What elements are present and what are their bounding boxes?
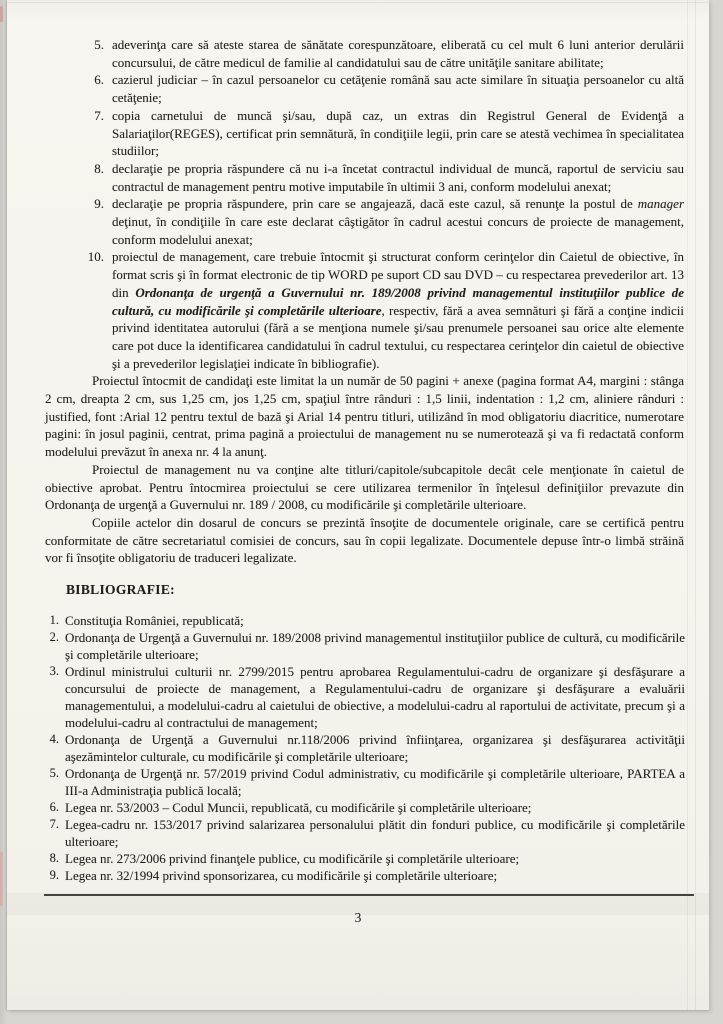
list-item-number: 10.	[78, 248, 104, 266]
bibliography-item-text: Ordonanţa de Urgenţă a Guvernului nr.118…	[65, 732, 685, 764]
footer-divider	[44, 894, 694, 896]
paragraph: Copiile actelor din dosarul de concurs s…	[45, 514, 684, 567]
text-segment: deţinut, în condiţiile în care este decl…	[112, 214, 684, 247]
list-item: 9. declaraţie pe propria răspundere, pri…	[112, 195, 684, 248]
text-segment: declaraţie pe propria răspundere, prin c…	[112, 196, 638, 211]
list-item-text: declaraţie pe propria răspundere că nu i…	[112, 161, 684, 194]
bibliography-item-number: 5.	[45, 765, 59, 782]
bibliography-item-text: Legea nr. 273/2006 privind finanţele pub…	[65, 851, 519, 866]
bibliography-item-text: Ordinul ministrului culturii nr. 2799/20…	[65, 664, 685, 730]
list-item-text: adeverinţa care să ateste starea de sănă…	[112, 37, 684, 70]
list-item: 5. adeverinţa care să ateste starea de s…	[112, 36, 684, 71]
list-item-number: 9.	[78, 195, 104, 213]
bibliography-item-number: 7.	[45, 816, 59, 833]
body-paragraphs: Proiectul întocmit de candidaţi este lim…	[45, 372, 684, 567]
bibliography-item-number: 2.	[45, 629, 59, 646]
italic-text-segment: manager	[638, 196, 684, 211]
bibliography-item-number: 4.	[45, 731, 59, 748]
bibliography-item-text: Ordonanţa de Urgenţă a Guvernului nr. 18…	[65, 630, 685, 662]
list-item-number: 7.	[78, 107, 104, 125]
bibliography-item-number: 3.	[45, 663, 59, 680]
bibliography-item: 4. Ordonanţa de Urgenţă a Guvernului nr.…	[65, 731, 685, 765]
requirements-list: 5. adeverinţa care să ateste starea de s…	[112, 36, 684, 372]
bibliography-item: 5. Ordonanţa de Urgenţă nr. 57/2019 priv…	[65, 765, 685, 799]
list-item-text: copia carnetului de muncă şi/sau, după c…	[112, 108, 684, 158]
bibliography-item-number: 1.	[45, 612, 59, 629]
list-item: 6. cazierul judiciar – în cazul persoane…	[112, 71, 684, 106]
bibliography-item: 3. Ordinul ministrului culturii nr. 2799…	[65, 663, 685, 731]
bibliography-item-text: Legea nr. 53/2003 – Codul Muncii, republ…	[65, 800, 531, 815]
list-item: 10. proiectul de management, care trebui…	[112, 248, 684, 372]
page-content: 5. adeverinţa care să ateste starea de s…	[7, 0, 709, 927]
bibliography-item: 9. Legea nr. 32/1994 privind sponsorizar…	[65, 867, 685, 884]
scanned-document: { "document": { "requirements_list": { "…	[0, 0, 723, 1024]
scan-red-edge-mark	[0, 6, 3, 22]
bibliography-item-text: Legea nr. 32/1994 privind sponsorizarea,…	[65, 868, 497, 883]
page-number: 3	[7, 909, 709, 927]
list-item-text: cazierul judiciar – în cazul persoanelor…	[112, 72, 684, 105]
bibliography-item: 7. Legea-cadru nr. 153/2017 privind sala…	[65, 816, 685, 850]
bibliography-item-number: 9.	[45, 867, 59, 884]
scan-red-edge-mark	[0, 852, 3, 906]
bibliography-item-text: Legea-cadru nr. 153/2017 privind salariz…	[65, 817, 685, 849]
list-item-number: 8.	[78, 160, 104, 178]
bibliography-item-text: Ordonanţa de Urgenţă nr. 57/2019 privind…	[65, 766, 685, 798]
bibliography-item: 2. Ordonanţa de Urgenţă a Guvernului nr.…	[65, 629, 685, 663]
bibliography-item-text: Constituţia României, republicată;	[65, 613, 244, 628]
list-item-text: declaraţie pe propria răspundere, prin c…	[112, 196, 684, 246]
paragraph: Proiectul de management nu va conţine al…	[45, 461, 684, 514]
list-item: 8. declaraţie pe propria răspundere că n…	[112, 160, 684, 195]
list-item-number: 6.	[78, 71, 104, 89]
bibliography-heading: BIBLIOGRAFIE:	[66, 581, 709, 599]
paragraph: Proiectul întocmit de candidaţi este lim…	[45, 372, 684, 461]
bibliography-item: 1. Constituţia României, republicată;	[65, 612, 685, 629]
list-item-text: proiectul de management, care trebuie în…	[112, 249, 684, 370]
bibliography-list: 1. Constituţia României, republicată; 2.…	[65, 612, 685, 884]
bibliography-item-number: 8.	[45, 850, 59, 867]
bibliography-item: 6. Legea nr. 53/2003 – Codul Muncii, rep…	[65, 799, 685, 816]
list-item-number: 5.	[78, 36, 104, 54]
bibliography-item-number: 6.	[45, 799, 59, 816]
list-item: 7. copia carnetului de muncă şi/sau, dup…	[112, 107, 684, 160]
document-page: 5. adeverinţa care să ateste starea de s…	[7, 0, 709, 1010]
bibliography-item: 8. Legea nr. 273/2006 privind finanţele …	[65, 850, 685, 867]
